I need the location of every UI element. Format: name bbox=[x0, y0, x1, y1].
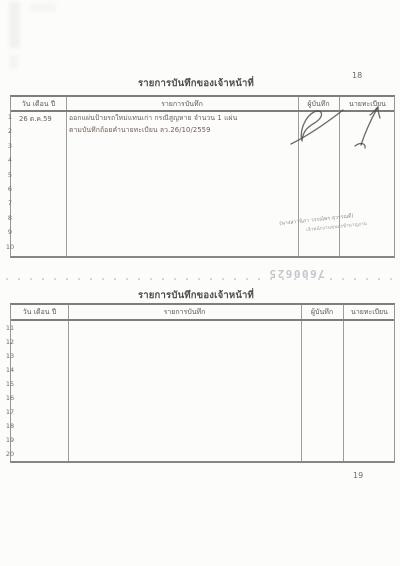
officer-record-table-2: วัน เดือน ปี รายการบันทึก ผู้บันทึก นายท… bbox=[10, 303, 395, 463]
registrar-signature bbox=[355, 144, 365, 148]
scan-artifact bbox=[30, 3, 56, 12]
col-header-date: วัน เดือน ปี bbox=[11, 305, 68, 318]
row-number: 17 bbox=[6, 409, 14, 416]
row-number: 18 bbox=[6, 423, 14, 430]
entry-date: 26 ต.ค.59 bbox=[19, 113, 52, 124]
bleed-dotted-line bbox=[6, 278, 394, 280]
col-header-recorder: ผู้บันทึก bbox=[301, 305, 343, 318]
row-number: 9 bbox=[8, 229, 12, 236]
row-number: 13 bbox=[6, 353, 14, 360]
row-number: 5 bbox=[8, 172, 12, 179]
col-header-record: รายการบันทึก bbox=[66, 97, 298, 110]
column-divider bbox=[68, 305, 69, 461]
row-number: 16 bbox=[6, 395, 14, 402]
row-number: 3 bbox=[8, 143, 12, 150]
scan-artifact bbox=[9, 55, 18, 69]
row-numbers: 12345678910 bbox=[1, 110, 19, 254]
column-divider bbox=[301, 305, 302, 461]
column-divider bbox=[66, 97, 67, 256]
row-number: 15 bbox=[6, 381, 14, 388]
column-divider bbox=[343, 305, 344, 461]
row-number: 20 bbox=[6, 451, 14, 458]
row-number: 14 bbox=[6, 367, 14, 374]
row-number: 1 bbox=[8, 114, 12, 121]
table-header-row: วัน เดือน ปี รายการบันทึก ผู้บันทึก นายท… bbox=[11, 305, 394, 321]
page-number: 19 bbox=[353, 471, 363, 480]
officer-record-table-1: วัน เดือน ปี รายการบันทึก ผู้บันทึก นายท… bbox=[10, 95, 395, 258]
signatures bbox=[269, 99, 400, 153]
col-header-date: วัน เดือน ปี bbox=[11, 97, 66, 110]
registrar-signature bbox=[361, 107, 378, 145]
entry-text-line: ออกแผ่นป้ายรถใหม่แทนเก่า กรณีสูญหาย จำนว… bbox=[69, 112, 237, 123]
scan-artifact bbox=[9, 2, 20, 48]
col-header-record: รายการบันทึก bbox=[68, 305, 301, 318]
row-number: 6 bbox=[8, 186, 12, 193]
recorder-signature bbox=[291, 110, 343, 144]
section-title: รายการบันทึกของเจ้าหน้าที่ bbox=[60, 76, 332, 91]
page-number: 18 bbox=[352, 71, 362, 80]
row-number: 19 bbox=[6, 437, 14, 444]
col-header-registrar: นายทะเบียน bbox=[343, 305, 396, 318]
row-number: 4 bbox=[8, 157, 12, 164]
scanned-document-page: 18 รายการบันทึกของเจ้าหน้าที่ วัน เดือน … bbox=[0, 0, 400, 566]
row-number: 10 bbox=[6, 244, 14, 251]
entry-text-line: ตามบันทึกถ้อยคำนายทะเบียน ลว.26/10/2559 bbox=[69, 124, 211, 135]
row-numbers: 11121314151617181920 bbox=[1, 321, 19, 461]
bleed-number: 7600625 bbox=[268, 267, 325, 280]
section-title: รายการบันทึกของเจ้าหน้าที่ bbox=[60, 288, 332, 303]
row-number: 7 bbox=[8, 200, 12, 207]
row-number: 11 bbox=[6, 325, 14, 332]
row-number: 8 bbox=[8, 215, 12, 222]
row-number: 2 bbox=[8, 128, 12, 135]
row-number: 12 bbox=[6, 339, 14, 346]
